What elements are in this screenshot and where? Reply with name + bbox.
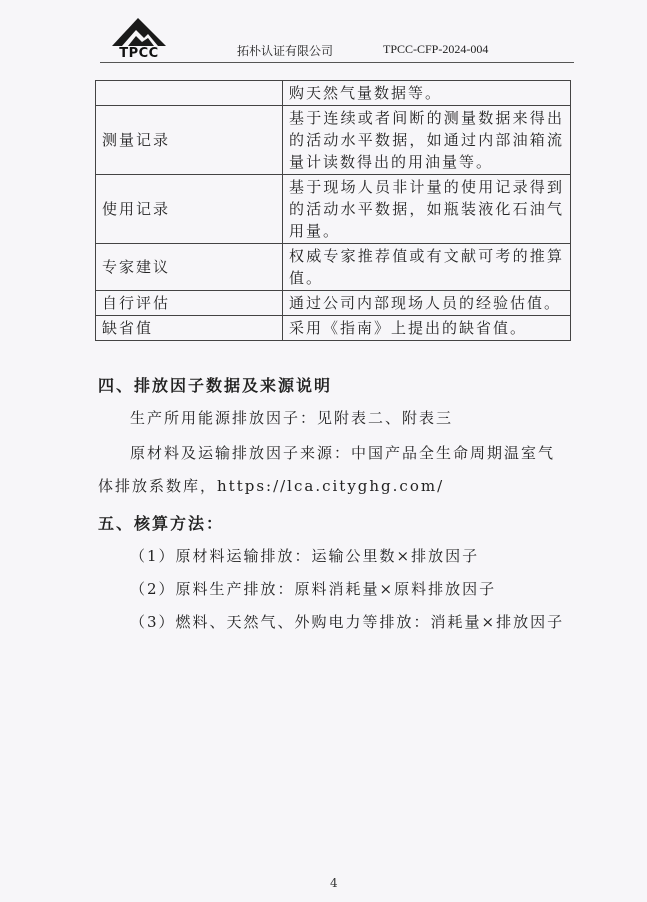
tpcc-logo: TPCC bbox=[108, 16, 170, 60]
table-cell-value: 基于现场人员非计量的使用记录得到的活动水平数据，如瓶装液化石油气用量。 bbox=[283, 175, 571, 244]
table-row: 测量记录 基于连续或者间断的测量数据来得出的活动水平数据，如通过内部油箱流量计读… bbox=[96, 106, 571, 175]
section-4-heading: 四、排放因子数据及来源说明 bbox=[98, 373, 332, 396]
table-cell-key: 测量记录 bbox=[96, 106, 283, 175]
table-row: 缺省值 采用《指南》上提出的缺省值。 bbox=[96, 316, 571, 341]
page-header: TPCC 拓朴认证有限公司 TPCC-CFP-2024-004 bbox=[0, 0, 647, 70]
table-cell-key: 缺省值 bbox=[96, 316, 283, 341]
table-cell-key: 自行评估 bbox=[96, 291, 283, 316]
table-row: 使用记录 基于现场人员非计量的使用记录得到的活动水平数据，如瓶装液化石油气用量。 bbox=[96, 175, 571, 244]
document-number: TPCC-CFP-2024-004 bbox=[383, 42, 488, 57]
table-cell-key bbox=[96, 81, 283, 106]
table-cell-value: 采用《指南》上提出的缺省值。 bbox=[283, 316, 571, 341]
company-name: 拓朴认证有限公司 bbox=[237, 42, 333, 59]
logo-text: TPCC bbox=[108, 46, 170, 61]
table-cell-value: 通过公司内部现场人员的经验估值。 bbox=[283, 291, 571, 316]
formula-item-1: （1）原材料运输排放：运输公里数×排放因子 bbox=[130, 545, 479, 566]
page-number: 4 bbox=[330, 876, 338, 890]
table-row: 专家建议 权威专家推荐值或有文献可考的推算值。 bbox=[96, 244, 571, 291]
section-4-para-1: 生产所用能源排放因子：见附表二、附表三 bbox=[130, 407, 453, 428]
section-5-heading: 五、核算方法： bbox=[98, 511, 224, 534]
formula-item-2: （2）原料生产排放：原料消耗量×原料排放因子 bbox=[130, 578, 496, 599]
mountain-icon bbox=[108, 16, 170, 48]
table-row: 购天然气量数据等。 bbox=[96, 81, 571, 106]
header-divider bbox=[100, 62, 574, 63]
table-cell-value: 购天然气量数据等。 bbox=[283, 81, 571, 106]
activity-data-source-table: 购天然气量数据等。 测量记录 基于连续或者间断的测量数据来得出的活动水平数据，如… bbox=[95, 80, 571, 341]
table-cell-key: 使用记录 bbox=[96, 175, 283, 244]
formula-item-3: （3）燃料、天然气、外购电力等排放：消耗量×排放因子 bbox=[130, 611, 564, 632]
table-cell-key: 专家建议 bbox=[96, 244, 283, 291]
section-4-para-2-line-1: 原材料及运输排放因子来源：中国产品全生命周期温室气 bbox=[130, 442, 555, 463]
table-row: 自行评估 通过公司内部现场人员的经验估值。 bbox=[96, 291, 571, 316]
table-cell-value: 基于连续或者间断的测量数据来得出的活动水平数据，如通过内部油箱流量计读数得出的用… bbox=[283, 106, 571, 175]
table-cell-value: 权威专家推荐值或有文献可考的推算值。 bbox=[283, 244, 571, 291]
section-4-para-2-line-2: 体排放系数库，https://lca.cityghg.com/ bbox=[98, 475, 444, 496]
